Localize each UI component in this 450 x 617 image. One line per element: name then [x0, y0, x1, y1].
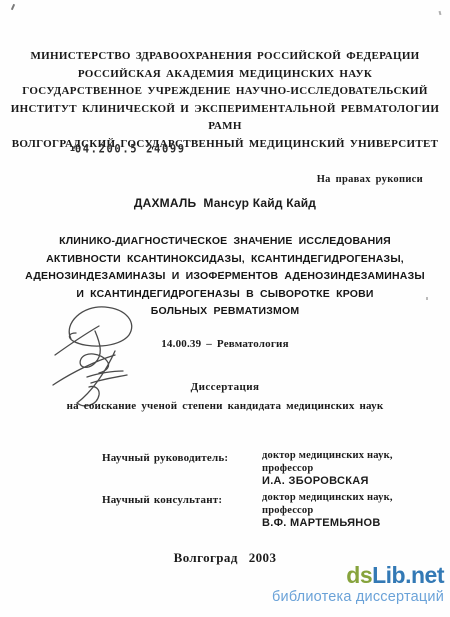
dslib-subtitle: библиотека диссертаций [272, 590, 444, 605]
manuscript-rights-note: На правах рукописи [317, 174, 423, 185]
dslib-logo-net: .net [405, 562, 444, 588]
supervisor-name: И.А. ЗБОРОВСКАЯ [262, 475, 393, 488]
title-line: КЛИНИКО-ДИАГНОСТИЧЕСКОЕ ЗНАЧЕНИЕ ИССЛЕДО… [0, 233, 450, 251]
supervisor-credentials: доктор медицинских наук, профессор И.А. … [262, 450, 393, 488]
scan-speckle [11, 4, 15, 10]
title-line: АДЕНОЗИНДЕЗАМИНАЗЫ И ИЗОФЕРМЕНТОВ АДЕНОЗ… [0, 268, 450, 286]
dslib-watermark[interactable]: dsLib.net библиотека диссертаций [272, 564, 444, 605]
supervisor-rank: профессор [262, 463, 393, 476]
dissertation-subheading: на соискание ученой степени кандидата ме… [0, 400, 450, 412]
signature-scribble [43, 293, 143, 413]
author-name: ДАХМАЛЬ Мансур Кайд Кайд [0, 196, 450, 210]
dslib-logo-ds: ds [346, 562, 372, 588]
header-line: ГОСУДАРСТВЕННОЕ УЧРЕЖДЕНИЕ НАУЧНО-ИССЛЕД… [0, 83, 450, 101]
scan-speckle [439, 11, 442, 15]
header-line: ИНСТИТУТ КЛИНИЧЕСКОЙ И ЭКСПЕРИМЕНТАЛЬНОЙ… [0, 101, 450, 136]
supervisor-label: Научный руководитель: [102, 452, 228, 464]
specialty-code: 14.00.39 – Ревматология [0, 338, 450, 350]
consultant-name: В.Ф. МАРТЕМЬЯНОВ [262, 517, 393, 530]
dissertation-heading: Диссертация [0, 381, 450, 393]
supervisor-degree: доктор медицинских наук, [262, 450, 393, 463]
dslib-logo-lib: Lib [372, 562, 405, 588]
title-line: АКТИВНОСТИ КСАНТИНОКСИДАЗЫ, КСАНТИНДЕГИД… [0, 251, 450, 269]
stamp-number: 04.200.5 24099 [75, 143, 186, 156]
header-line: РОССИЙСКАЯ АКАДЕМИЯ МЕДИЦИНСКИХ НАУК [0, 66, 450, 84]
consultant-degree: доктор медицинских наук, [262, 492, 393, 505]
consultant-rank: профессор [262, 505, 393, 518]
dslib-logo[interactable]: dsLib.net [272, 564, 444, 587]
consultant-credentials: доктор медицинских наук, профессор В.Ф. … [262, 492, 393, 530]
header-line: МИНИСТЕРСТВО ЗДРАВООХРАНЕНИЯ РОССИЙСКОЙ … [0, 48, 450, 66]
header-line: ВОЛГОГРАДСКИЙ ГОСУДАРСТВЕННЫЙ МЕДИЦИНСКИ… [0, 136, 450, 154]
library-stamp-number: ı04.200.5 24099 ¯ [70, 140, 199, 155]
consultant-label: Научный консультант: [102, 494, 222, 506]
institution-header: МИНИСТЕРСТВО ЗДРАВООХРАНЕНИЯ РОССИЙСКОЙ … [0, 48, 450, 154]
dissertation-title-page: МИНИСТЕРСТВО ЗДРАВООХРАНЕНИЯ РОССИЙСКОЙ … [0, 0, 450, 617]
stamp-suffix-mark: ¯ [194, 140, 199, 151]
